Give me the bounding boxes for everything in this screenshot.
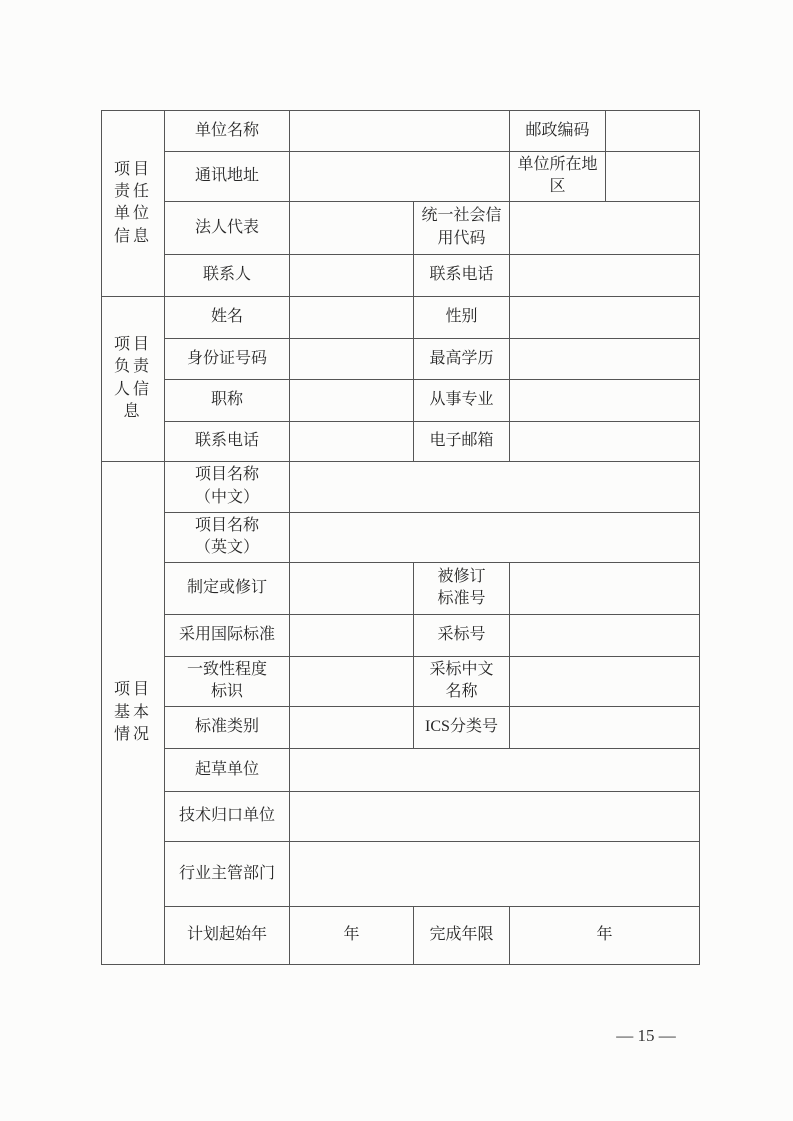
leader-name-label: 姓名	[165, 296, 290, 338]
legal-representative-value	[290, 201, 414, 254]
postal-code-label: 邮政编码	[510, 111, 606, 152]
page-number: — 15 —	[596, 1026, 696, 1046]
unit-region-label: 单位所在地 区	[510, 152, 606, 202]
document-page: 项目 责任 单位 信息 单位名称 邮政编码 通讯地址 单位所在地 区 法人代表 …	[0, 0, 793, 1121]
technical-centralized-unit-label: 技术归口单位	[165, 791, 290, 841]
standard-category-value	[290, 706, 414, 748]
adopted-standard-no-value	[510, 614, 700, 656]
mailing-address-label: 通讯地址	[165, 152, 290, 202]
project-name-en-value	[290, 512, 700, 562]
technical-centralized-unit-value	[290, 791, 700, 841]
leader-name-value	[290, 296, 414, 338]
project-basic-info-section-header: 项目 基本 情况	[102, 461, 165, 964]
completion-years-value: 年	[510, 906, 700, 964]
application-form-table: 项目 责任 单位 信息 单位名称 邮政编码 通讯地址 单位所在地 区 法人代表 …	[101, 110, 700, 965]
email-value	[510, 421, 700, 461]
unit-name-label: 单位名称	[165, 111, 290, 152]
contact-phone-label: 联系电话	[414, 254, 510, 296]
legal-representative-label: 法人代表	[165, 201, 290, 254]
industry-authority-value	[290, 841, 700, 906]
adopted-standard-cn-name-label: 采标中文 名称	[414, 656, 510, 706]
postal-code-value	[606, 111, 700, 152]
mailing-address-value	[290, 152, 510, 202]
id-number-label: 身份证号码	[165, 338, 290, 379]
contact-person-label: 联系人	[165, 254, 290, 296]
drafting-unit-label: 起草单位	[165, 748, 290, 791]
social-credit-code-label: 统一社会信 用代码	[414, 201, 510, 254]
consistency-degree-label: 一致性程度 标识	[165, 656, 290, 706]
highest-education-label: 最高学历	[414, 338, 510, 379]
adopt-intl-standard-value	[290, 614, 414, 656]
project-name-en-label: 项目名称 （英文）	[165, 512, 290, 562]
unit-region-value	[606, 152, 700, 202]
ics-class-no-label: ICS分类号	[414, 706, 510, 748]
professional-title-value	[290, 379, 414, 421]
standard-category-label: 标准类别	[165, 706, 290, 748]
leader-phone-label: 联系电话	[165, 421, 290, 461]
revised-standard-no-value	[510, 562, 700, 614]
industry-authority-label: 行业主管部门	[165, 841, 290, 906]
adopt-intl-standard-label: 采用国际标准	[165, 614, 290, 656]
professional-title-label: 职称	[165, 379, 290, 421]
formulate-or-revise-value	[290, 562, 414, 614]
contact-phone-value	[510, 254, 700, 296]
plan-start-year-value: 年	[290, 906, 414, 964]
social-credit-code-value	[510, 201, 700, 254]
leader-phone-value	[290, 421, 414, 461]
drafting-unit-value	[290, 748, 700, 791]
gender-value	[510, 296, 700, 338]
unit-name-value	[290, 111, 510, 152]
plan-start-year-label: 计划起始年	[165, 906, 290, 964]
responsible-unit-section-header: 项目 责任 单位 信息	[102, 111, 165, 297]
completion-years-label: 完成年限	[414, 906, 510, 964]
highest-education-value	[510, 338, 700, 379]
ics-class-no-value	[510, 706, 700, 748]
adopted-standard-no-label: 采标号	[414, 614, 510, 656]
profession-label: 从事专业	[414, 379, 510, 421]
project-name-cn-label: 项目名称 （中文）	[165, 461, 290, 512]
project-leader-section-header: 项目 负责 人信 息	[102, 296, 165, 461]
email-label: 电子邮箱	[414, 421, 510, 461]
profession-value	[510, 379, 700, 421]
gender-label: 性别	[414, 296, 510, 338]
project-name-cn-value	[290, 461, 700, 512]
consistency-degree-value	[290, 656, 414, 706]
id-number-value	[290, 338, 414, 379]
contact-person-value	[290, 254, 414, 296]
formulate-or-revise-label: 制定或修订	[165, 562, 290, 614]
adopted-standard-cn-name-value	[510, 656, 700, 706]
revised-standard-no-label: 被修订 标准号	[414, 562, 510, 614]
